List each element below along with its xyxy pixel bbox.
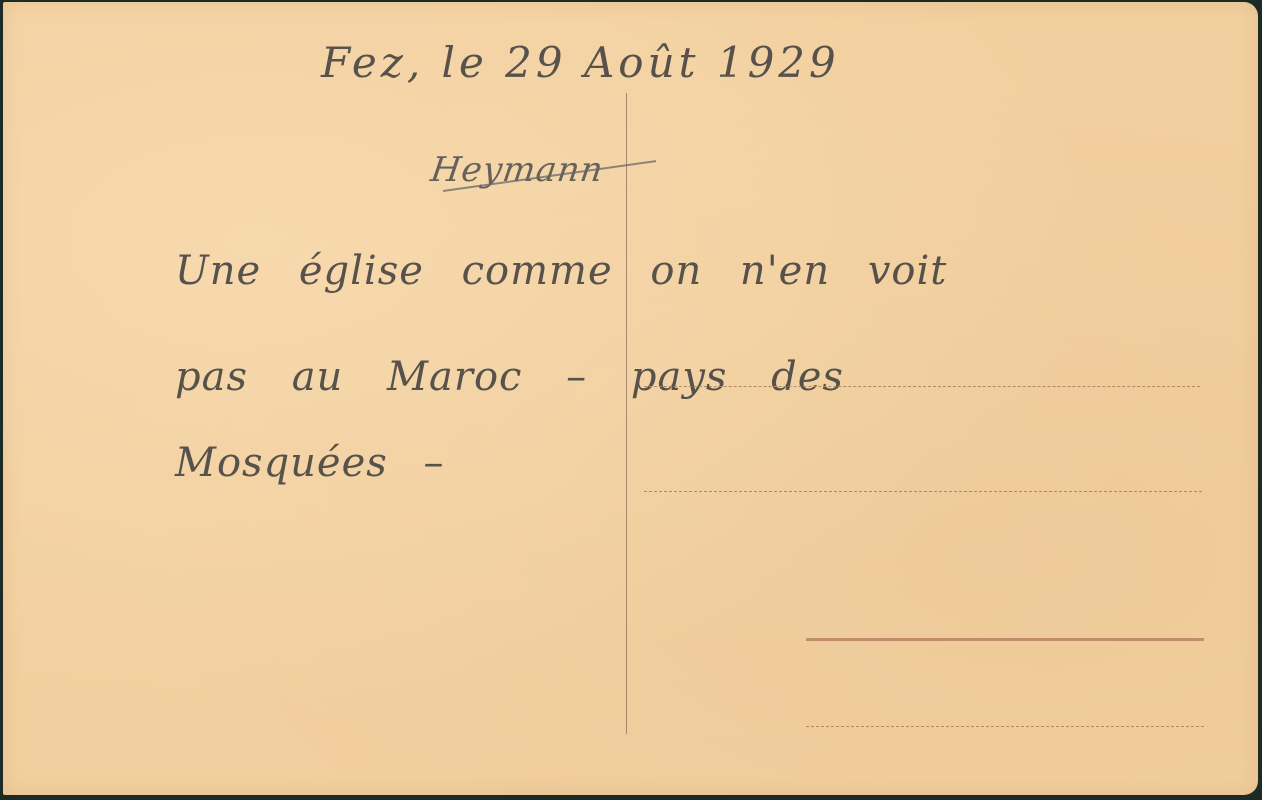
address-line-4 xyxy=(806,726,1204,727)
message-line-1: Une église comme on n'en voit xyxy=(175,248,947,294)
message-line-2: pas au Maroc – pays des xyxy=(175,354,844,400)
address-line-1 xyxy=(644,386,1200,387)
center-divider-line xyxy=(626,93,627,734)
address-line-2 xyxy=(644,491,1202,492)
address-line-3 xyxy=(806,638,1204,641)
postcard-back: Fez, le 29 Août 1929 Heymann Une église … xyxy=(3,2,1258,795)
message-line-3: Mosquées – xyxy=(175,440,445,486)
date-line: Fez, le 29 Août 1929 xyxy=(321,38,840,87)
